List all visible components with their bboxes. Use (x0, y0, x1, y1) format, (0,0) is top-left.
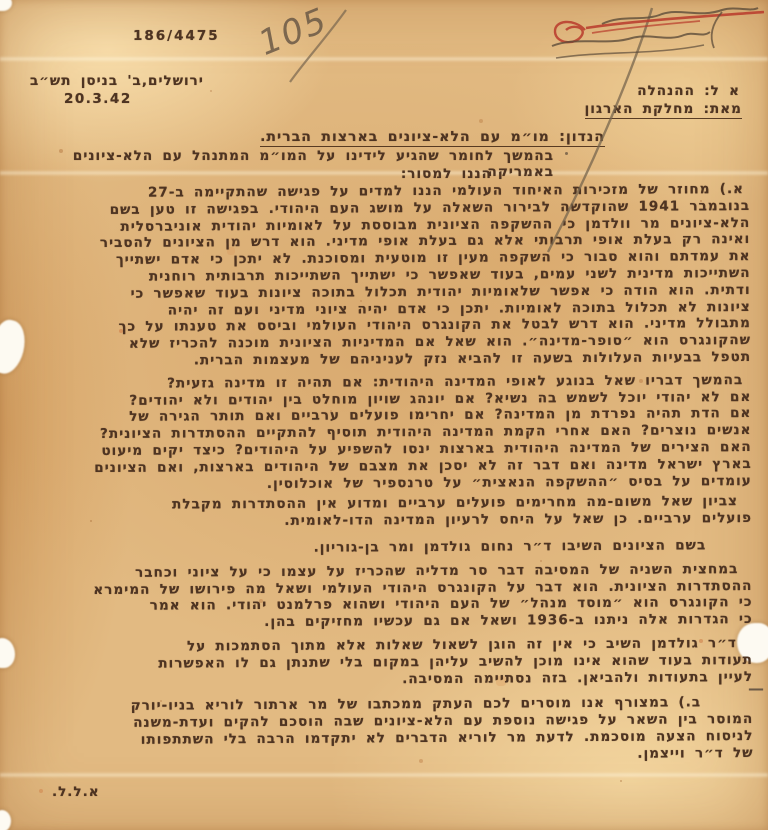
scanned-letter-page: 186/4475 ירושלים,ב' בניסן תש״ב 20.3.42 א… (0, 0, 768, 830)
handwritten-page-number: 105 (253, 0, 334, 64)
handwritten-underline (556, 45, 704, 58)
paragraph-b: בהמשך דבריו שאל בנוגע לאופי המדינה היהוד… (23, 372, 752, 494)
paragraph-d: בשם הציונים השיבו ד״ר נחום גולדמן ומר בן… (24, 537, 752, 558)
letter-body: א.) מחוזר של מזכירות האיחוד העולמי הננו … (22, 181, 754, 766)
handwritten-note-line1 (602, 8, 758, 24)
paragraph-g: ב.) במצורף אנו מוסרים לכם העתק ממכתבו של… (25, 694, 753, 766)
from-line: מאת: מחלקת הארגון (585, 101, 742, 119)
handwritten-note-line2 (552, 32, 710, 46)
paragraph-e: במחצית השניה של המסיבה דבר סר מדליה שהכר… (24, 561, 752, 633)
paper-crease (0, 772, 768, 778)
paragraph-a: א.) מחוזר של מזכירות האיחוד העולמי הננו … (22, 181, 751, 370)
pencil-dot (565, 152, 568, 155)
to-line: א ל: ההנהלה (637, 83, 740, 99)
red-strikethrough-2 (592, 21, 700, 33)
paragraph-f: ד״ר גולדמן השיב כי אין זה הוגן לשאול שאל… (25, 635, 753, 690)
reference-number: 186/4475 (133, 28, 220, 44)
red-strikethrough (586, 12, 764, 28)
date-numeric: 20.3.42 (64, 91, 132, 107)
place-date-line: ירושלים,ב' בניסן תש״ב (30, 73, 204, 89)
subject-line: הנדון: מו״מ עם הלא-ציונים בארצות הברית. (260, 129, 605, 147)
paragraph-c: צביון שאל משום-מה מחרימים פועלים ערביים … (24, 493, 752, 531)
margin-dash-annotation: — (748, 679, 763, 698)
signature-initials: א.ל.ל. (52, 784, 100, 800)
torn-edge (0, 0, 12, 11)
handwritten-flourish (712, 12, 722, 48)
paper-crease (0, 56, 768, 62)
red-scribble-mark (555, 22, 585, 42)
torn-edge (0, 810, 11, 830)
torn-edge (0, 638, 15, 668)
intro-line-2: הננו למסור: (401, 166, 492, 182)
